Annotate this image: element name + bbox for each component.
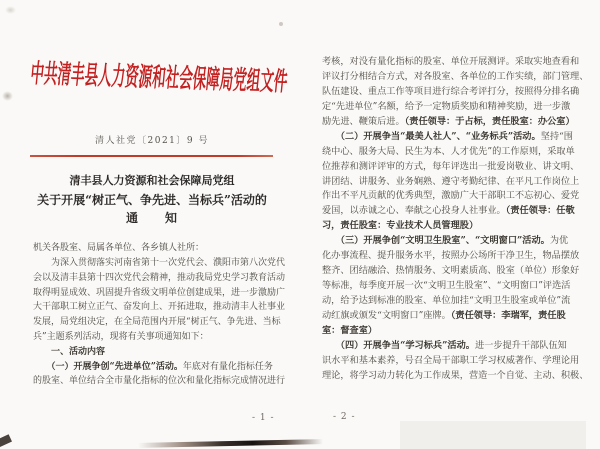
text-line: 室：督查室） xyxy=(322,324,578,339)
text-line: 等标准，每季度开展一次“文明卫生股室”、“文明窗口”评选活 xyxy=(322,279,578,294)
page-2-number: - 2 - xyxy=(333,412,356,422)
text-line: （四）开展争当“学习标兵”活动。进一步提升干部队伍知 xyxy=(322,339,578,354)
text-line: （三）开展争创“文明卫生股室”、“文明窗口”活动。为优 xyxy=(322,234,578,249)
title-line-3: 通 知 xyxy=(16,209,288,228)
page-1-body: 为深入贯彻落实河南省第十一次党代会、濮阳市第八次党代会以及清丰县第十四次党代会精… xyxy=(33,256,274,389)
text-line: 评议打分相结合方式，对各股室、各单位的工作实绩，部门管理、 xyxy=(322,70,578,85)
scanned-document: 中共清丰县人力资源和社会保障局党组文件 清人社党〔2021〕9 号 清丰县人力资… xyxy=(0,0,600,449)
text-line: 作出不平凡贡献的优秀典型，激励广大干部职工不忘初心、爱党 xyxy=(322,189,578,204)
letterhead-title: 中共清丰县人力资源和社会保障局党组文件 xyxy=(29,59,289,97)
scan-shadow-bottom-right xyxy=(400,421,586,449)
page-1-number: - 1 - xyxy=(252,413,275,423)
text-line: 取得明显成效、巩固提升省级文明单位创建成果，进一步激励广 xyxy=(33,286,274,301)
document-number: 清人社党〔2021〕9 号 xyxy=(20,133,284,146)
text-line: 发展，局党组决定，在全局范围内开展“树正气、争先进、当标 xyxy=(33,315,274,330)
page-2-body: 考核，对没有量化指标的股室、单位开展测评。采取实地查看和评议打分相结合方式，对各… xyxy=(322,55,578,384)
text-line: 理论，将学习动力转化为工作成果，营造一个自觉、主动、积极、 xyxy=(322,369,578,384)
title-line-2: 关于开展“树正气、争先进、当标兵”活动的 xyxy=(16,191,288,210)
document-title: 清丰县人力资源和社会保障局党组 关于开展“树正气、争先进、当标兵”活动的 通 知 xyxy=(16,172,288,228)
salutation-line: 机关各股室、局属各单位、各乡镇人社所： xyxy=(33,240,204,253)
text-line: 的股室、单位结合全市量化指标的位次和量化指标完成情况进行 xyxy=(33,374,274,389)
scan-speck-left xyxy=(2,91,13,101)
text-line: 一、活动内容 xyxy=(33,345,274,360)
title-line-1: 清丰县人力资源和社会保障局党组 xyxy=(16,172,288,191)
text-line: 定“先进单位”名额，给予一定物质奖励和精神奖励，进一步激 xyxy=(322,100,578,115)
scan-speck-top-left xyxy=(5,6,16,14)
text-line: 兵”主题系列活动，现将有关事项通知如下： xyxy=(33,330,274,345)
text-line: 讲团结、讲服务、业务娴熟、遵守考勤纪律、在平凡工作岗位上 xyxy=(322,175,578,190)
text-line: 整齐、团结融洽、热情服务、文明素质高、股室（单位）形象好 xyxy=(322,264,578,279)
text-line: 位推荐和测评评审的方式，每年评选出一批爱岗敬业、讲文明、 xyxy=(322,160,578,175)
text-line: （一）开展争创“先进单位”活动。年底对有量化指标任务 xyxy=(33,360,274,375)
text-line: 化办事流程、提升服务水平，按照办公场所干净卫生，物品摆放 xyxy=(322,249,578,264)
text-line: 为深入贯彻落实河南省第十一次党代会、濮阳市第八次党代 xyxy=(33,256,274,271)
text-line: 励先进、鞭策后进。（责任领导：于占标，责任股室：办公室） xyxy=(322,115,578,130)
scan-speck-dot xyxy=(279,22,283,26)
text-line: 绕中心、服务大局、民生为本、人才优先”的工作原则，采取单 xyxy=(322,145,578,160)
text-line: 会以及清丰县第十四次党代会精神，推动我局党史学习教育活动 xyxy=(33,271,274,286)
text-line: 识水平和基本素养，号召全局干部职工学习权威著作、学理论用 xyxy=(322,354,578,369)
text-line: 习，责任股室：专业技术人员管理股） xyxy=(322,219,578,234)
text-line: 考核，对没有量化指标的股室、单位开展测评。采取实地查看和 xyxy=(322,55,578,70)
text-line: 大干部职工树立正气、奋发向上、开拓进取，推动清丰人社事业 xyxy=(33,300,274,315)
text-line: 爱国，以赤诚之心、奉献之心投身人社事业。（责任领导：任敬 xyxy=(322,204,578,219)
text-line: 动红旗或颁发“文明窗口”座牌。（责任领导：李瑞军，责任股 xyxy=(322,309,578,324)
text-line: （二）开展争当“最美人社人”、“业务标兵”活动。坚持“围 xyxy=(322,130,578,145)
red-separator-line xyxy=(30,155,273,157)
scan-edge-streak xyxy=(138,439,323,448)
text-line: 队伍建设、重点工作等项目进行综合考评打分，按照得分排名确 xyxy=(322,85,578,100)
scan-corner-mark xyxy=(0,434,12,448)
text-line: 动，给予达到标准的股室、单位加挂“文明卫生股室或单位”流 xyxy=(322,294,578,309)
